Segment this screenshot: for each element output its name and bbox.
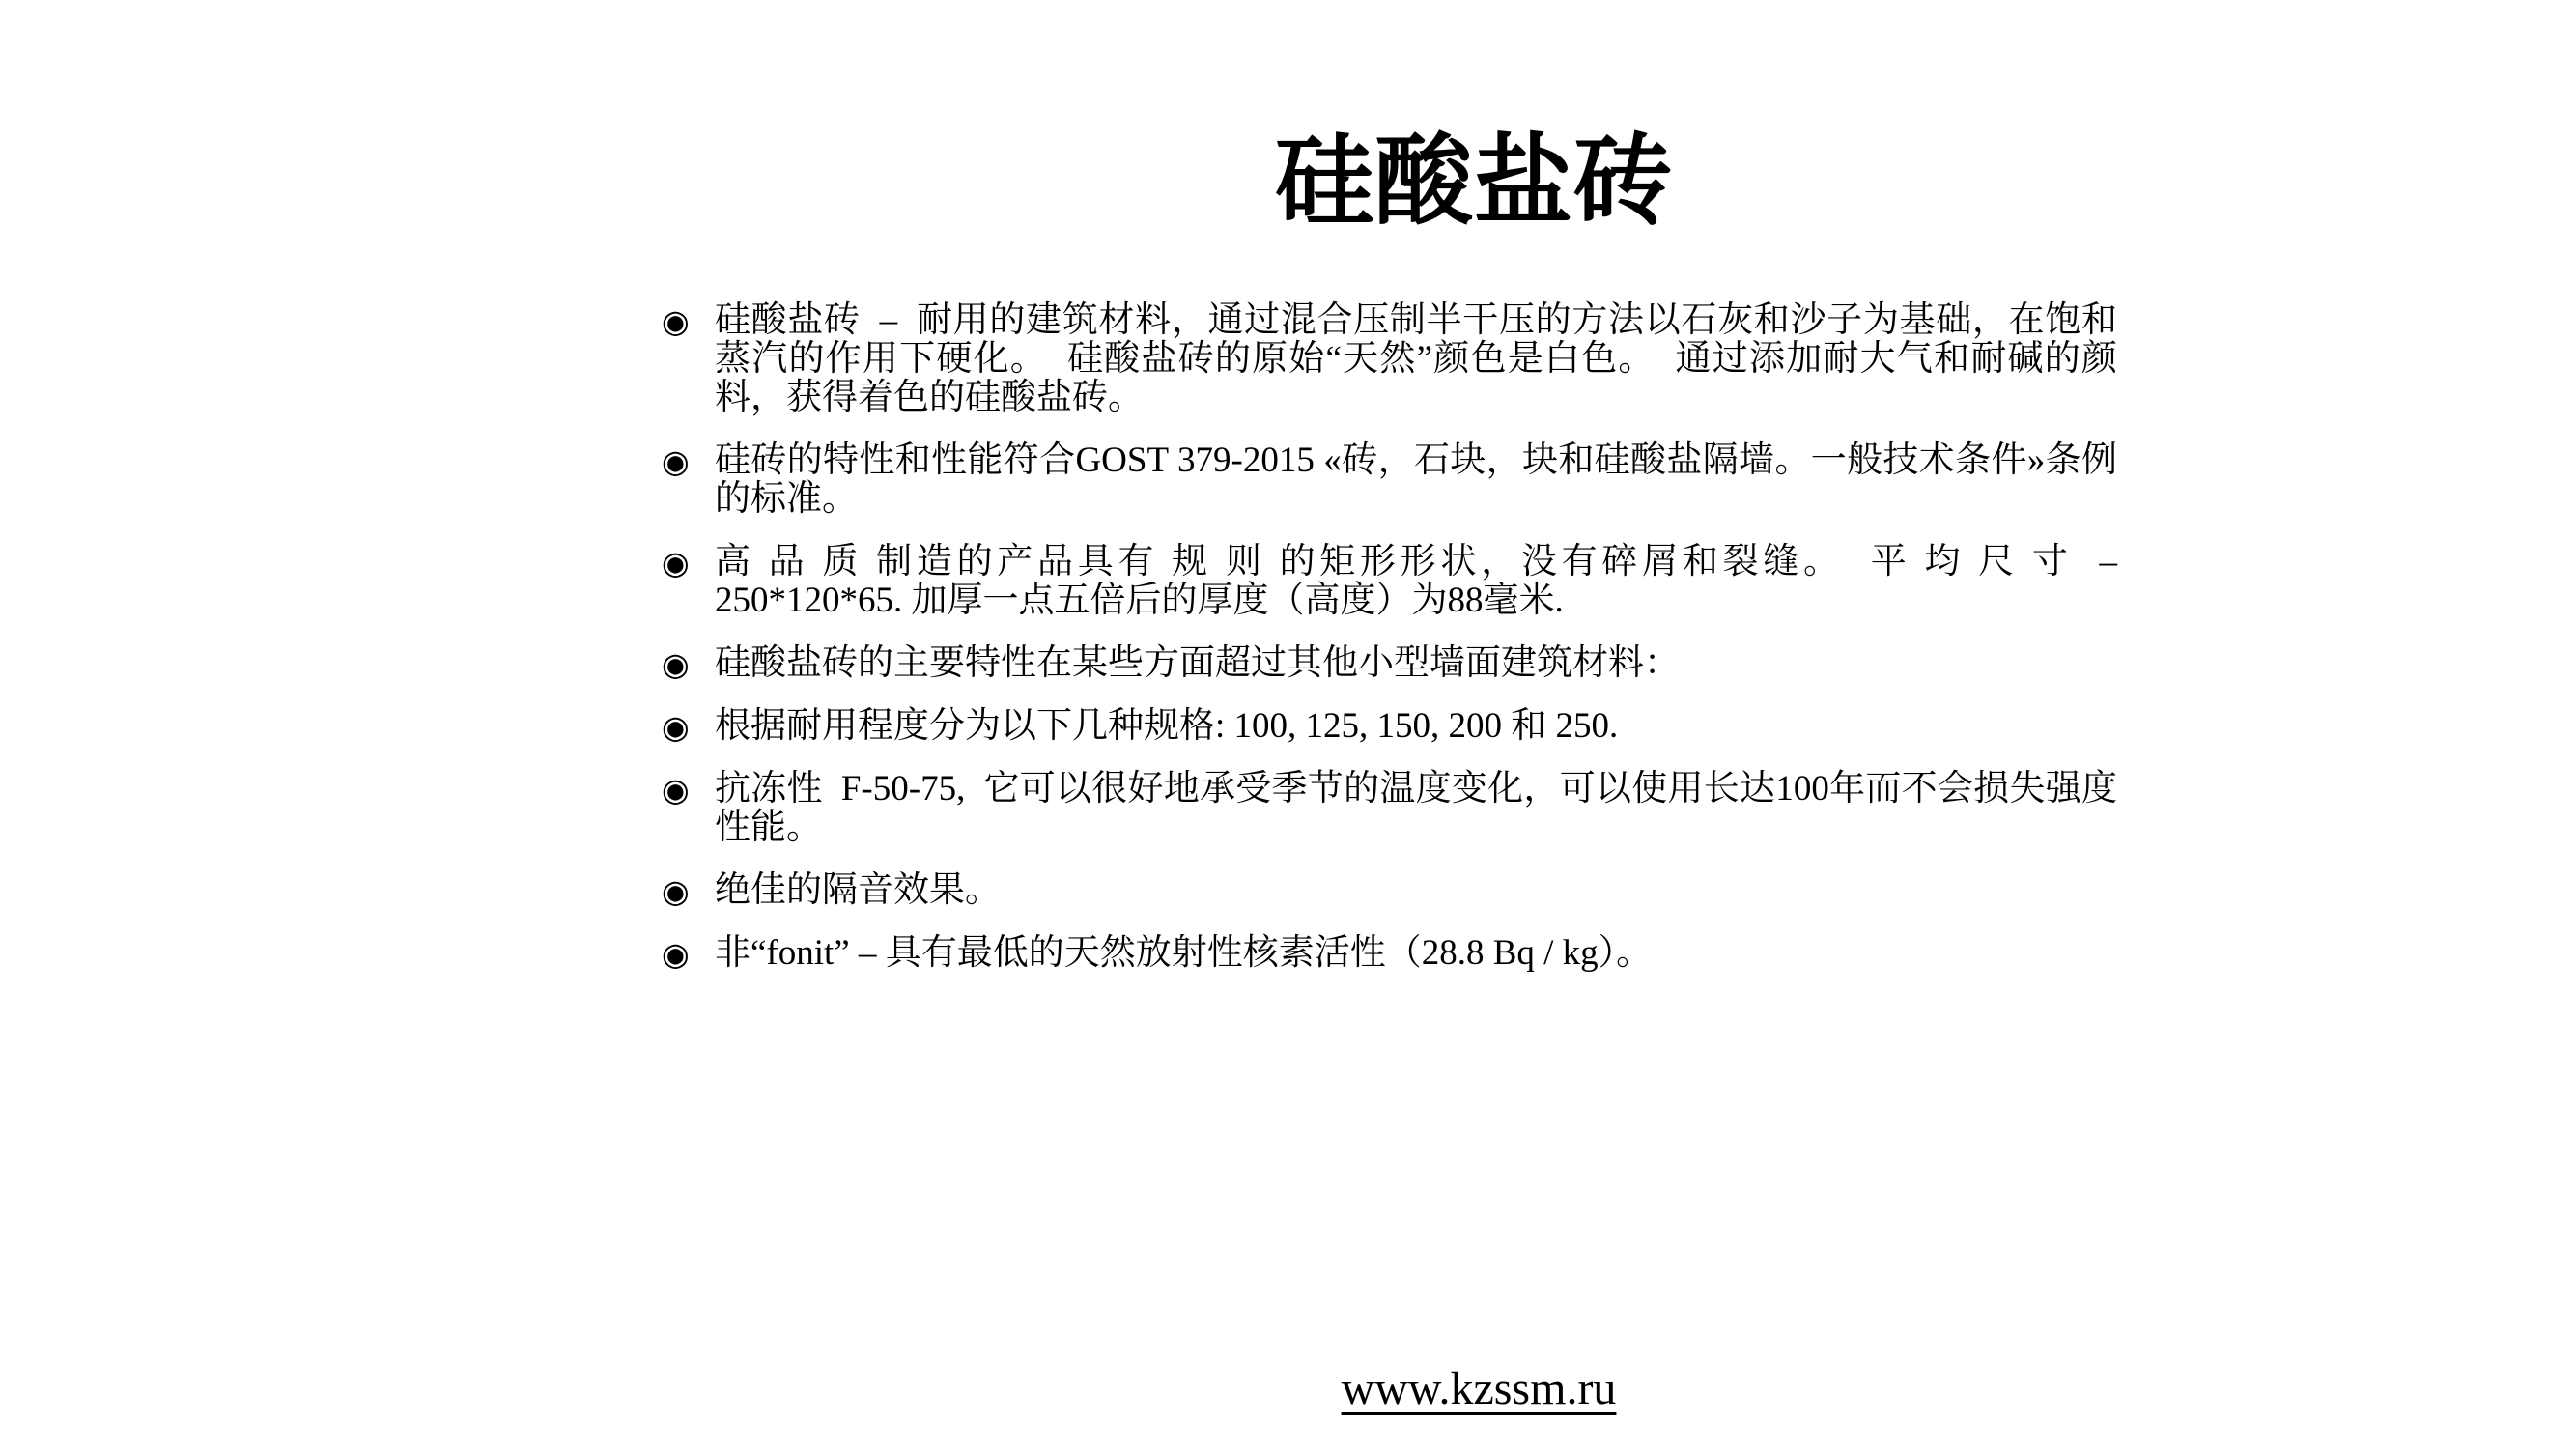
- page-title: 硅酸盐砖: [372, 122, 2576, 245]
- fisheye-bullet-icon: ◉: [662, 771, 704, 810]
- footer-link[interactable]: www.kzssm.ru: [1342, 1363, 1617, 1414]
- bullet-text: 硅酸盐砖的主要特性在某些方面超过其他小型墙面建筑材料：: [715, 644, 2117, 683]
- fisheye-bullet-icon: ◉: [662, 935, 704, 974]
- fisheye-bullet-icon: ◉: [662, 442, 704, 481]
- bullet-list: ◉ 硅酸盐砖 – 耐用的建筑材料，通过混合压制半干压的方法以石灰和沙子为基础，在…: [662, 301, 2117, 997]
- fisheye-bullet-icon: ◉: [662, 645, 704, 684]
- bullet-item: ◉ 绝佳的隔音效果。: [662, 871, 2117, 910]
- bullet-item: ◉ 根据耐用程度分为以下几种规格: 100, 125, 150, 200 和 2…: [662, 707, 2117, 746]
- fisheye-bullet-icon: ◉: [662, 302, 704, 341]
- fisheye-bullet-icon: ◉: [662, 544, 704, 582]
- bullet-item: ◉ 硅砖的特性和性能符合GOST 379-2015 «砖，石块，块和硅酸盐隔墙。…: [662, 441, 2117, 519]
- bullet-item: ◉ 高 品 质 制造的产品具有 规 则 的矩形形状，没有碎屑和裂缝。 平 均 尺…: [662, 543, 2117, 620]
- fisheye-bullet-icon: ◉: [662, 872, 704, 911]
- slide: 硅酸盐砖 ◉ 硅酸盐砖 – 耐用的建筑材料，通过混合压制半干压的方法以石灰和沙子…: [0, 0, 2576, 1449]
- footer: www.kzssm.ru: [382, 1360, 2576, 1418]
- bullet-item: ◉ 非“fonit” – 具有最低的天然放射性核素活性（28.8 Bq / kg…: [662, 934, 2117, 973]
- bullet-item: ◉ 硅酸盐砖的主要特性在某些方面超过其他小型墙面建筑材料：: [662, 644, 2117, 683]
- bullet-item: ◉ 抗冻性 F-50-75, 它可以很好地承受季节的温度变化，可以使用长达100…: [662, 770, 2117, 847]
- bullet-text: 根据耐用程度分为以下几种规格: 100, 125, 150, 200 和 250…: [715, 707, 2117, 746]
- bullet-text: 硅酸盐砖 – 耐用的建筑材料，通过混合压制半干压的方法以石灰和沙子为基础，在饱和…: [715, 301, 2117, 417]
- fisheye-bullet-icon: ◉: [662, 708, 704, 747]
- bullet-item: ◉ 硅酸盐砖 – 耐用的建筑材料，通过混合压制半干压的方法以石灰和沙子为基础，在…: [662, 301, 2117, 417]
- bullet-text: 硅砖的特性和性能符合GOST 379-2015 «砖，石块，块和硅酸盐隔墙。一般…: [715, 441, 2117, 519]
- bullet-text: 非“fonit” – 具有最低的天然放射性核素活性（28.8 Bq / kg）。: [715, 934, 2117, 973]
- bullet-text: 抗冻性 F-50-75, 它可以很好地承受季节的温度变化，可以使用长达100年而…: [715, 770, 2117, 847]
- bullet-text: 高 品 质 制造的产品具有 规 则 的矩形形状，没有碎屑和裂缝。 平 均 尺 寸…: [715, 543, 2117, 620]
- bullet-text: 绝佳的隔音效果。: [715, 871, 2117, 910]
